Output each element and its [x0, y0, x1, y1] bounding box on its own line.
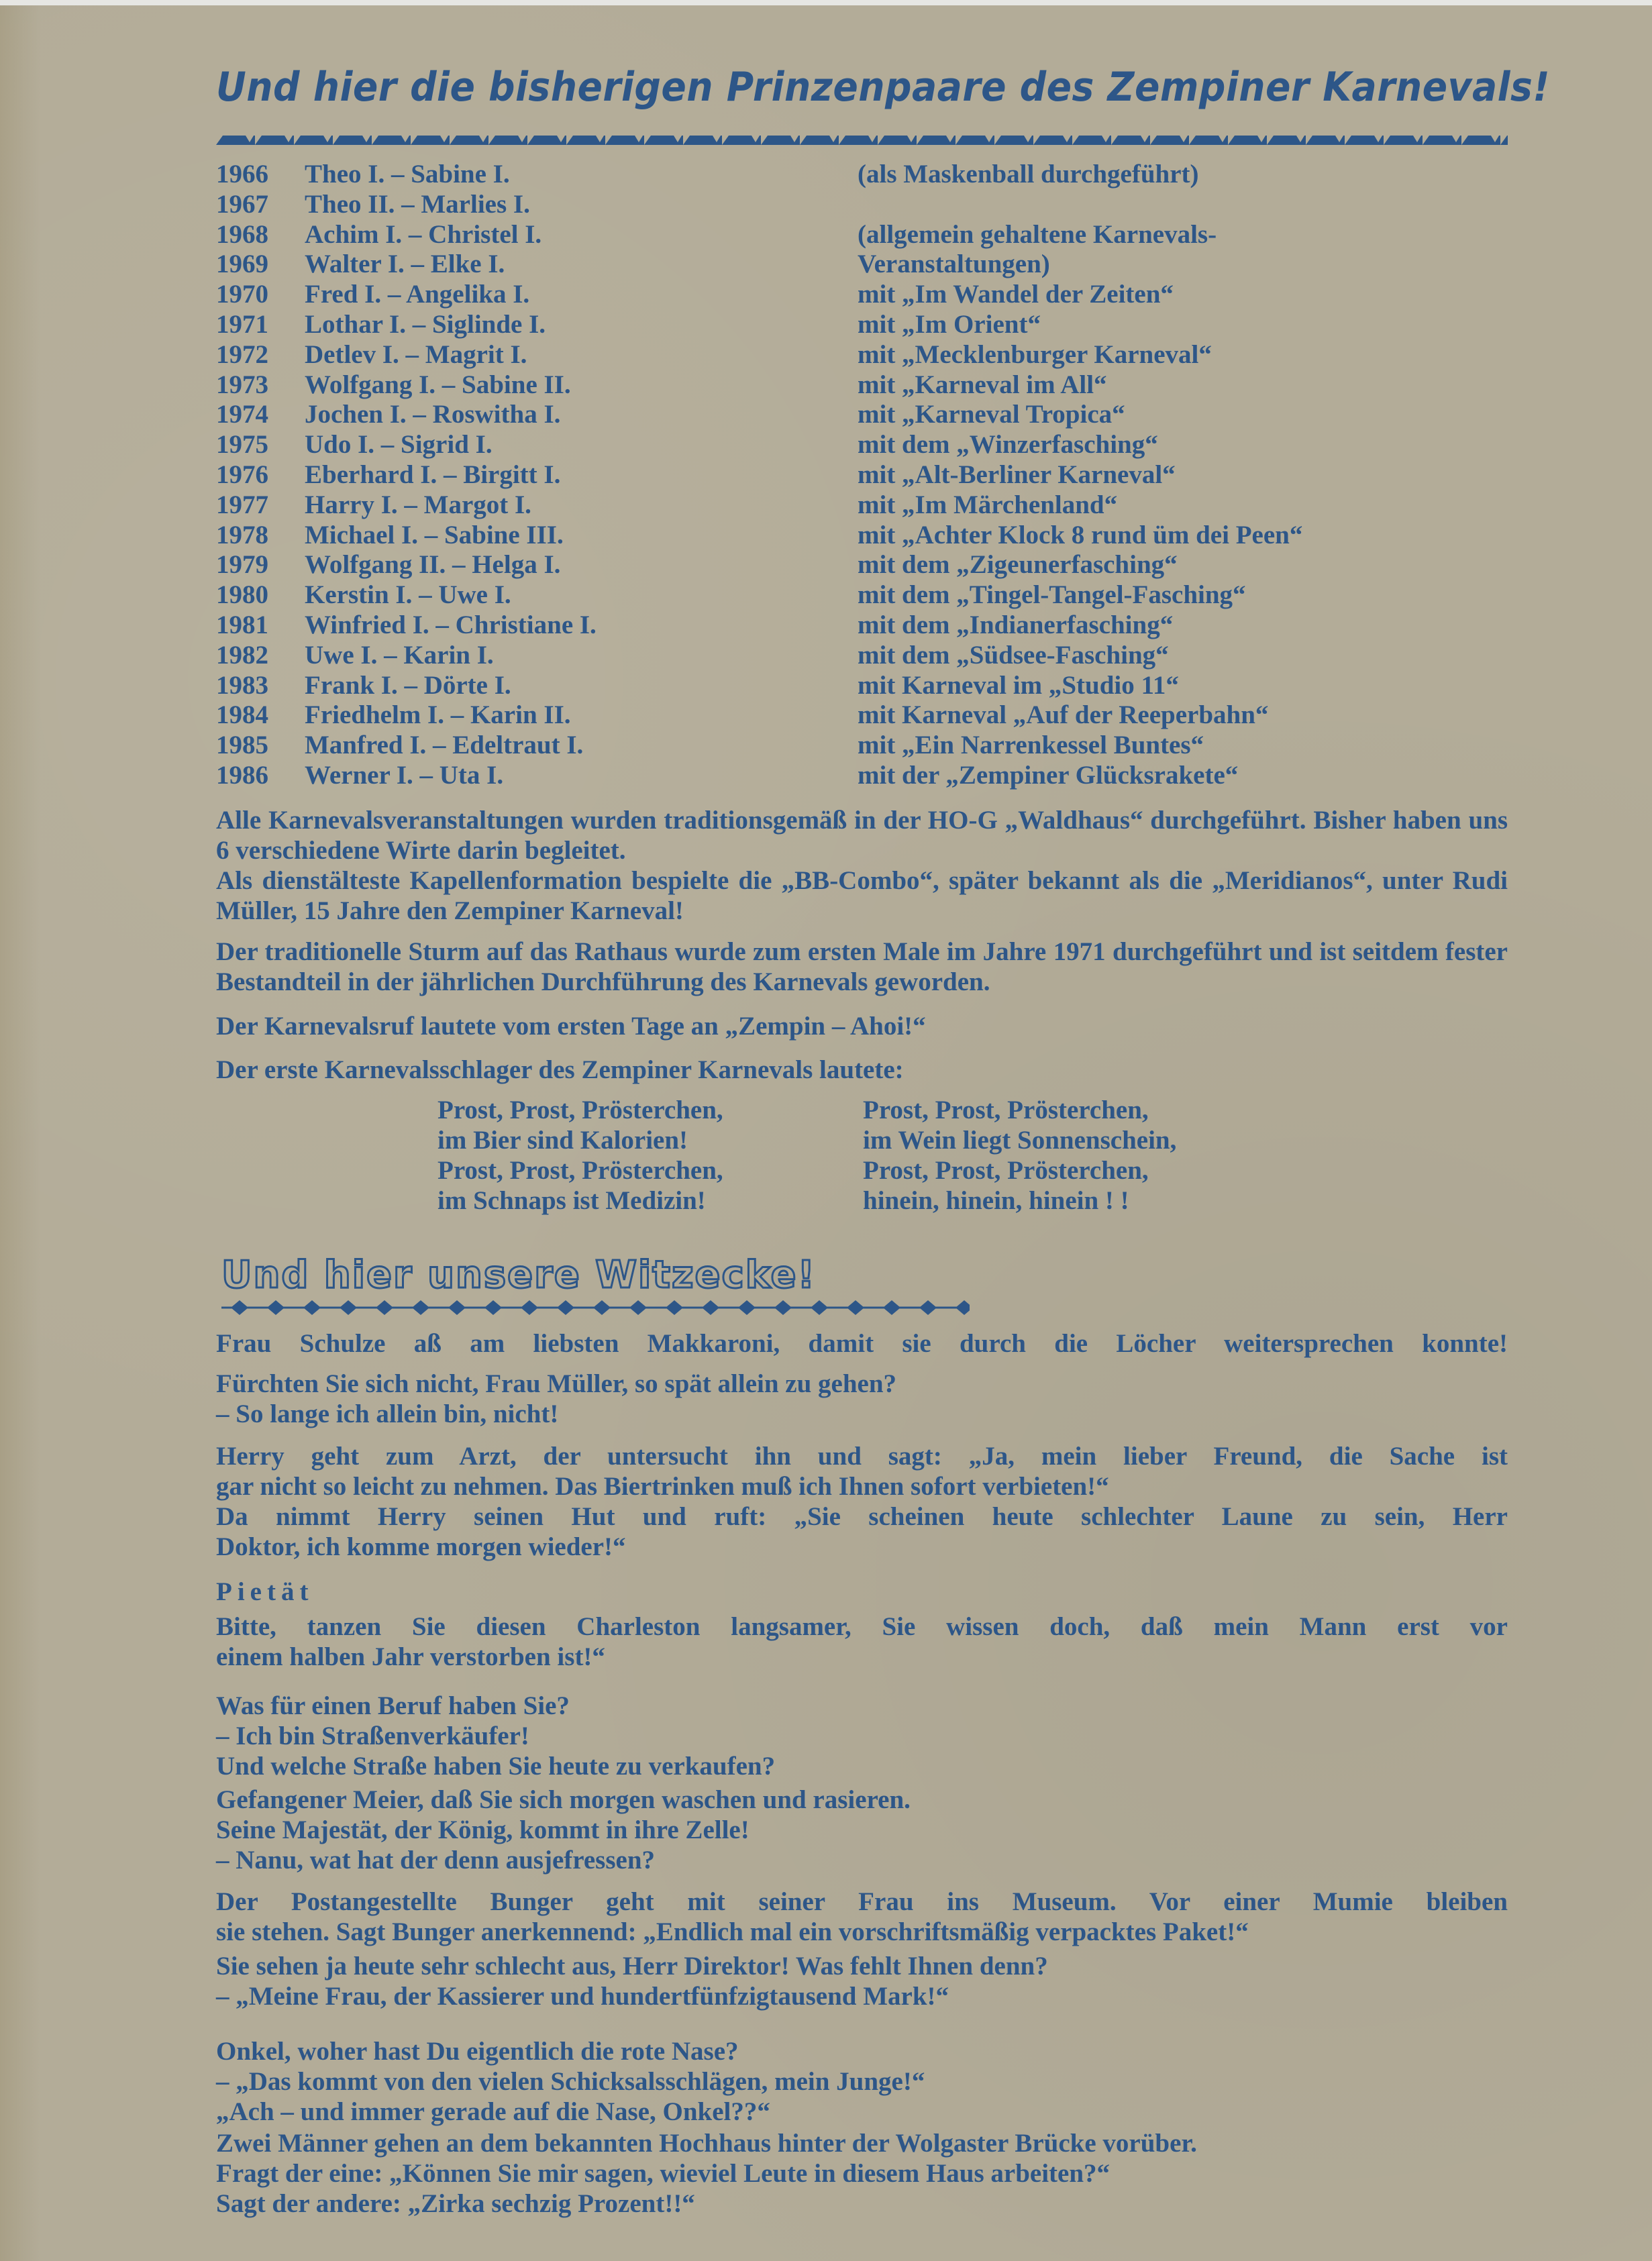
theme-cell: mit dem „Südsee-Fasching“: [858, 641, 1169, 671]
year-cell: 1986: [216, 761, 297, 791]
couple-cell: Lothar I. – Siglinde I.: [305, 310, 546, 340]
theme-cell: mit „Karneval Tropica“: [858, 400, 1125, 430]
year-cell: 1985: [216, 731, 297, 761]
table-row: 1979Wolfgang II. – Helga I.mit dem „Zige…: [216, 550, 1508, 580]
joke-line: Sagt der andere: „Zirka sechzig Prozent!…: [216, 2189, 1508, 2219]
year-cell: 1970: [216, 280, 297, 310]
theme-cell: mit dem „Zigeunerfasching“: [858, 550, 1178, 580]
joke-line: Onkel, woher hast Du eigentlich die rote…: [216, 2036, 1508, 2066]
year-cell: 1978: [216, 521, 297, 551]
joke-item: Was für einen Beruf haben Sie?– Ich bin …: [216, 1691, 1508, 1781]
table-row: 1982Uwe I. – Karin I.mit dem „Südsee-Fas…: [216, 641, 1508, 671]
couple-cell: Frank I. – Dörte I.: [305, 671, 511, 701]
joke-item: Herry geht zum Arzt, der untersucht ihn …: [216, 1441, 1508, 1562]
joke-line: Seine Majestät, der König, kommt in ihre…: [216, 1815, 1508, 1845]
theme-cell: mit dem „Winzerfasching“: [858, 430, 1158, 460]
song-verse-right: Prost, Prost, Prösterchen, im Wein liegt…: [863, 1095, 1176, 1216]
couple-cell: Detlev I. – Magrit I.: [305, 340, 527, 370]
couple-cell: Achim I. – Christel I.: [305, 220, 541, 250]
couple-cell: Michael I. – Sabine III.: [305, 521, 564, 551]
joke-item: Sie sehen ja heute sehr schlecht aus, He…: [216, 1951, 1508, 2011]
table-row: 1978Michael I. – Sabine III.mit „Achter …: [216, 521, 1508, 551]
couple-cell: Udo I. – Sigrid I.: [305, 430, 493, 460]
joke-item: Zwei Männer gehen an dem bekannten Hochh…: [216, 2128, 1508, 2219]
couple-cell: Uwe I. – Karin I.: [305, 641, 494, 671]
theme-cell: mit Karneval „Auf der Reeperbahn“: [858, 700, 1268, 731]
year-cell: 1983: [216, 671, 297, 701]
couple-cell: Wolfgang II. – Helga I.: [305, 550, 560, 580]
table-row: 1967Theo II. – Marlies I.: [216, 190, 1508, 220]
joke-line: Was für einen Beruf haben Sie?: [216, 1691, 1508, 1721]
table-row: 1976Eberhard I. – Birgitt I.mit „Alt-Ber…: [216, 460, 1508, 490]
table-row: 1986Werner I. – Uta I.mit der „Zempiner …: [216, 761, 1508, 791]
joke-item: PietätBitte, tanzen Sie diesen Charlesto…: [216, 1577, 1508, 1672]
table-row: 1974Jochen I. – Roswitha I.mit „Karneval…: [216, 400, 1508, 430]
joke-item: Frau Schulze aß am liebsten Makkaroni, d…: [216, 1328, 1508, 1359]
section-title-prinzenpaare: Und hier die bisherigen Prinzenpaare des…: [216, 64, 1550, 111]
table-row: 1973Wolfgang I. – Sabine II.mit „Karneva…: [216, 370, 1508, 401]
couple-cell: Eberhard I. – Birgitt I.: [305, 460, 560, 490]
joke-line: Fürchten Sie sich nicht, Frau Müller, so…: [216, 1369, 1508, 1399]
joke-line: Der Postangestellte Bunger geht mit sein…: [216, 1887, 1508, 1917]
theme-cell: mit „Alt-Berliner Karneval“: [858, 460, 1176, 490]
couple-cell: Winfried I. – Christiane I.: [305, 611, 597, 641]
couple-cell: Kerstin I. – Uwe I.: [305, 580, 511, 611]
joke-line: – „Das kommt von den vielen Schicksalssc…: [216, 2066, 1508, 2097]
table-row: 1972Detlev I. – Magrit I.mit „Mecklenbur…: [216, 340, 1508, 370]
joke-line: – Nanu, wat hat der denn ausjefressen?: [216, 1845, 1508, 1875]
year-cell: 1984: [216, 700, 297, 731]
theme-cell: mit „Im Märchenland“: [858, 490, 1117, 521]
joke-heading: Pietät: [216, 1577, 1508, 1607]
theme-cell: mit der „Zempiner Glücksrakete“: [858, 761, 1238, 791]
year-cell: 1980: [216, 580, 297, 611]
joke-line: Zwei Männer gehen an dem bekannten Hochh…: [216, 2128, 1508, 2158]
joke-item: Fürchten Sie sich nicht, Frau Müller, so…: [216, 1369, 1508, 1429]
theme-cell: mit „Achter Klock 8 rund üm dei Peen“: [858, 521, 1302, 551]
table-row: 1966Theo I. – Sabine I.(als Maskenball d…: [216, 160, 1508, 190]
year-cell: 1976: [216, 460, 297, 490]
table-row: 1975Udo I. – Sigrid I.mit dem „Winzerfas…: [216, 430, 1508, 460]
theme-cell: mit „Karneval im All“: [858, 370, 1107, 401]
paragraph-rathaus: Der traditionelle Sturm auf das Rathaus …: [216, 937, 1508, 997]
joke-line: Frau Schulze aß am liebsten Makkaroni, d…: [216, 1328, 1508, 1359]
couple-cell: Harry I. – Margot I.: [305, 490, 531, 521]
theme-cell: mit dem „Indianerfasching“: [858, 611, 1173, 641]
joke-line: – So lange ich allein bin, nicht!: [216, 1399, 1508, 1429]
table-row: 1981Winfried I. – Christiane I.mit dem „…: [216, 611, 1508, 641]
theme-cell: Veranstaltungen): [858, 250, 1050, 280]
joke-item: Onkel, woher hast Du eigentlich die rote…: [216, 2036, 1508, 2127]
joke-line: Herry geht zum Arzt, der untersucht ihn …: [216, 1441, 1508, 1471]
joke-line: gar nicht so leicht zu nehmen. Das Biert…: [216, 1471, 1508, 1502]
joke-line: – „Meine Frau, der Kassierer und hundert…: [216, 1981, 1508, 2011]
joke-line: – Ich bin Straßenverkäufer!: [216, 1721, 1508, 1751]
year-cell: 1974: [216, 400, 297, 430]
couple-cell: Jochen I. – Roswitha I.: [305, 400, 560, 430]
year-cell: 1972: [216, 340, 297, 370]
year-cell: 1973: [216, 370, 297, 401]
table-row: 1980Kerstin I. – Uwe I.mit dem „Tingel-T…: [216, 580, 1508, 611]
joke-item: Der Postangestellte Bunger geht mit sein…: [216, 1887, 1508, 1947]
couple-cell: Werner I. – Uta I.: [305, 761, 503, 791]
year-cell: 1982: [216, 641, 297, 671]
song-verse-left: Prost, Prost, Prösterchen, im Bier sind …: [437, 1095, 723, 1216]
paragraph-karnevalsschlager: Der erste Karnevalsschlager des Zempiner…: [216, 1055, 1508, 1085]
year-cell: 1971: [216, 310, 297, 340]
couple-cell: Wolfgang I. – Sabine II.: [305, 370, 571, 401]
theme-cell: (als Maskenball durchgeführt): [858, 160, 1199, 190]
year-cell: 1968: [216, 220, 297, 250]
paragraph-waldhaus: Alle Karnevalsveranstaltungen wurden tra…: [216, 805, 1508, 926]
table-row: 1971Lothar I. – Siglinde I.mit „Im Orien…: [216, 310, 1508, 340]
theme-cell: mit dem „Tingel-Tangel-Fasching“: [858, 580, 1246, 611]
couple-cell: Walter I. – Elke I.: [305, 250, 505, 280]
couple-cell: Theo I. – Sabine I.: [305, 160, 510, 190]
joke-line: Fragt der eine: „Können Sie mir sagen, w…: [216, 2158, 1508, 2189]
year-cell: 1969: [216, 250, 297, 280]
theme-cell: (allgemein gehaltene Karnevals-: [858, 220, 1217, 250]
couple-cell: Friedhelm I. – Karin II.: [305, 700, 571, 731]
couple-cell: Fred I. – Angelika I.: [305, 280, 529, 310]
zigzag-divider: [216, 133, 1508, 146]
table-row: 1983Frank I. – Dörte I.mit Karneval im „…: [216, 671, 1508, 701]
year-cell: 1979: [216, 550, 297, 580]
joke-line: Gefangener Meier, daß Sie sich morgen wa…: [216, 1785, 1508, 1815]
joke-line: sie stehen. Sagt Bunger anerkennend: „En…: [216, 1917, 1508, 1947]
theme-cell: mit „Mecklenburger Karneval“: [858, 340, 1212, 370]
joke-line: „Ach – und immer gerade auf die Nase, On…: [216, 2097, 1508, 2127]
theme-cell: mit Karneval im „Studio 11“: [858, 671, 1179, 701]
diamond-divider: [221, 1299, 970, 1316]
table-row: 1970Fred I. – Angelika I.mit „Im Wandel …: [216, 280, 1508, 310]
year-cell: 1966: [216, 160, 297, 190]
couple-cell: Theo II. – Marlies I.: [305, 190, 530, 220]
prinzenpaare-table: 1966Theo I. – Sabine I.(als Maskenball d…: [216, 160, 1508, 791]
joke-line: Bitte, tanzen Sie diesen Charleston lang…: [216, 1612, 1508, 1642]
theme-cell: mit „Ein Narrenkessel Buntes“: [858, 731, 1204, 761]
table-row: 1985Manfred I. – Edeltraut I.mit „Ein Na…: [216, 731, 1508, 761]
joke-line: Doktor, ich komme morgen wieder!“: [216, 1532, 1508, 1562]
paper-top-edge: [0, 0, 1652, 5]
section-title-witzecke: Und hier unsere Witzecke!: [221, 1253, 816, 1297]
theme-cell: mit „Im Orient“: [858, 310, 1041, 340]
joke-line: Da nimmt Herry seinen Hut und ruft: „Sie…: [216, 1502, 1508, 1532]
table-row: 1984Friedhelm I. – Karin II.mit Karneval…: [216, 700, 1508, 731]
year-cell: 1975: [216, 430, 297, 460]
year-cell: 1977: [216, 490, 297, 521]
year-cell: 1981: [216, 611, 297, 641]
table-row: 1977Harry I. – Margot I.mit „Im Märchenl…: [216, 490, 1508, 521]
table-row: 1968Achim I. – Christel I.(allgemein geh…: [216, 220, 1508, 250]
joke-line: einem halben Jahr verstorben ist!“: [216, 1642, 1508, 1672]
joke-line: Und welche Straße haben Sie heute zu ver…: [216, 1751, 1508, 1781]
table-row: 1969Walter I. – Elke I.Veranstaltungen): [216, 250, 1508, 280]
year-cell: 1967: [216, 190, 297, 220]
couple-cell: Manfred I. – Edeltraut I.: [305, 731, 583, 761]
paragraph-karnevalsruf: Der Karnevalsruf lautete vom ersten Tage…: [216, 1011, 1508, 1041]
joke-item: Gefangener Meier, daß Sie sich morgen wa…: [216, 1785, 1508, 1875]
joke-line: Sie sehen ja heute sehr schlecht aus, He…: [216, 1951, 1508, 1981]
theme-cell: mit „Im Wandel der Zeiten“: [858, 280, 1174, 310]
